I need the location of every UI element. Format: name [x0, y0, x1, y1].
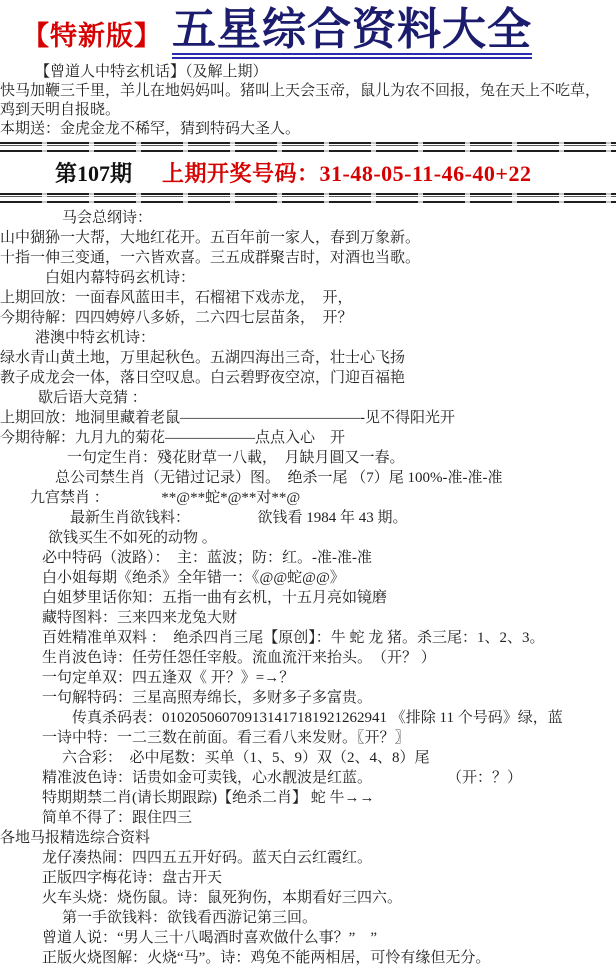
intro-line: 鸡到天明自报晓。 — [0, 101, 616, 120]
body-line: 九宫禁肖 ： **@**蛇*@**对**@ — [0, 488, 616, 508]
intro-line: 快马加鞭三千里，羊儿在地妈妈叫。猪叫上天会玉帝，鼠儿为农不回报，兔在天上不吃草， — [0, 82, 616, 101]
body-line: 最新生肖欲钱料： 欲钱看 1984 年 43 期。 — [0, 508, 616, 528]
body-line: 总公司禁生肖（无错过记录）图。 绝杀一尾 （7）尾 100%-准-准-准 — [0, 468, 616, 488]
last-draw-numbers: 上期开奖号码：31-48-05-11-46-40+22 — [162, 157, 531, 188]
section-divider-top — [0, 142, 616, 153]
subtitle: 【曾道人中特玄机话】（及解上期） — [0, 62, 616, 82]
body-line: 百姓精准单双料 ： 绝杀四肖三尾【原创】：牛 蛇 龙 猪。杀三尾：1、2、3。 — [0, 628, 616, 648]
body-line: 十指一伸三变通，一六皆欢喜。三五成群聚吉时，对酒也当歌。 — [0, 248, 616, 268]
intro-paragraph: 快马加鞭三千里，羊儿在地妈妈叫。猪叫上天会玉帝，鼠儿为农不回报，兔在天上不吃草，… — [0, 82, 616, 139]
body-line: 正版火烧图解：火烧“马”。诗：鸡兔不能两相居，可怜有缘但无分。 — [0, 948, 616, 968]
body-line: 一诗中特：一二三数在前面。看三看八来发财。〖开？〗 — [0, 728, 616, 748]
body-line: 简单不得了：跟住四三 — [0, 808, 616, 828]
body-text: 马会总纲诗：山中猢狲一大帮，大地红花开。五百年前一家人，春到万象新。十指一伸三变… — [0, 204, 616, 968]
body-line: 一句定生肖：殘花財草一八載， 月缺月圓又一春。 — [0, 448, 616, 468]
body-line: 上期回放：地洞里藏着老鼠————————————-见不得阳光开 — [0, 408, 616, 428]
body-line: 教子成龙会一体，落日空叹息。白云碧野夜空凉，门迎百福艳 — [0, 368, 616, 388]
edition-tag: 【特新版】 — [22, 14, 162, 53]
lottery-info-sheet: 【特新版】 五星综合资料大全 【曾道人中特玄机话】（及解上期） 快马加鞭三千里，… — [0, 0, 616, 976]
header: 【特新版】 五星综合资料大全 — [0, 0, 616, 59]
body-line: 火车头烧：烧伤鼠。诗：鼠死狗伤，本期看好三四六。 — [0, 888, 616, 908]
body-line: 港澳中特玄机诗： — [0, 328, 616, 348]
issue-number: 第107期 — [55, 157, 132, 188]
body-line: 白小姐每期《绝杀》全年错一：《@@蛇@@》 — [0, 568, 616, 588]
body-line: 马会总纲诗： — [0, 208, 616, 228]
page-title: 五星综合资料大全 — [172, 5, 532, 54]
body-line: 第一手欲钱料：欲钱看西游记第三回。 — [0, 908, 616, 928]
body-line: 白姐梦里话你知：五指一曲有玄机，十五月亮如镜磨 — [0, 588, 616, 608]
body-line: 龙仔凑热闹：四四五五开好码。蓝天白云红霞红。 — [0, 848, 616, 868]
body-line: 传真杀码表：010205060709131417181921262941 《排除… — [0, 708, 616, 728]
body-line: 一句解特码：三星高照寿绵长，多财多子多富贵。 — [0, 688, 616, 708]
body-line: 上期回放：一面春风蓝田丰，石榴裙下戏赤龙， 开， — [0, 288, 616, 308]
body-line: 正版四字梅花诗：盘古开天 — [0, 868, 616, 888]
body-line: 今期待解：九月九的菊花——————点点入心 开 — [0, 428, 616, 448]
intro-line: 本期送：金虎金龙不稀罕，猜到特码大圣人。 — [0, 120, 616, 139]
body-line: 藏特图料：三来四来龙兔大财 — [0, 608, 616, 628]
title-underline: 五星综合资料大全 — [172, 8, 532, 59]
body-line: 一句定单双：四五逢双《 开？》=→？ — [0, 668, 616, 688]
body-line: 特期期禁二肖(请长期跟踪)【绝杀二肖】 蛇 牛→→ — [0, 788, 616, 808]
body-line: 必中特码（波路）： 主：蓝波；防：红。-准-准-准 — [0, 548, 616, 568]
body-line: 六合彩： 必中尾数：买单（1、5、9）双（2、4、8）尾 — [0, 748, 616, 768]
body-line: 山中猢狲一大帮，大地红花开。五百年前一家人，春到万象新。 — [0, 228, 616, 248]
body-line: 曾道人说：“男人三十八喝酒时喜欢做什么事？” ” — [0, 928, 616, 948]
body-line: 精准波色诗：话贵如金可卖钱，心水靓波是红蓝。 （开：？） — [0, 768, 616, 788]
body-line: 生肖波色诗：任劳任怨任宰般。流血流汗来抬头。 （开？ ） — [0, 648, 616, 668]
body-line: 歇后语大竞猜 ： — [0, 388, 616, 408]
body-line: 白姐内幕特码玄机诗： — [0, 268, 616, 288]
body-line: 绿水青山黄土地，万里起秋色。五湖四海出三奇，壮士心飞扬 — [0, 348, 616, 368]
body-line: 各地马报精选综合资料 — [0, 828, 616, 848]
section-divider-bottom — [0, 193, 616, 204]
body-line: 今期待解：四四娉婷八多娇，二六四七层苗条， 开？ — [0, 308, 616, 328]
issue-bar: 第107期 上期开奖号码：31-48-05-11-46-40+22 — [0, 153, 616, 190]
body-line: 欲钱买生不如死的动物 。 — [0, 528, 616, 548]
